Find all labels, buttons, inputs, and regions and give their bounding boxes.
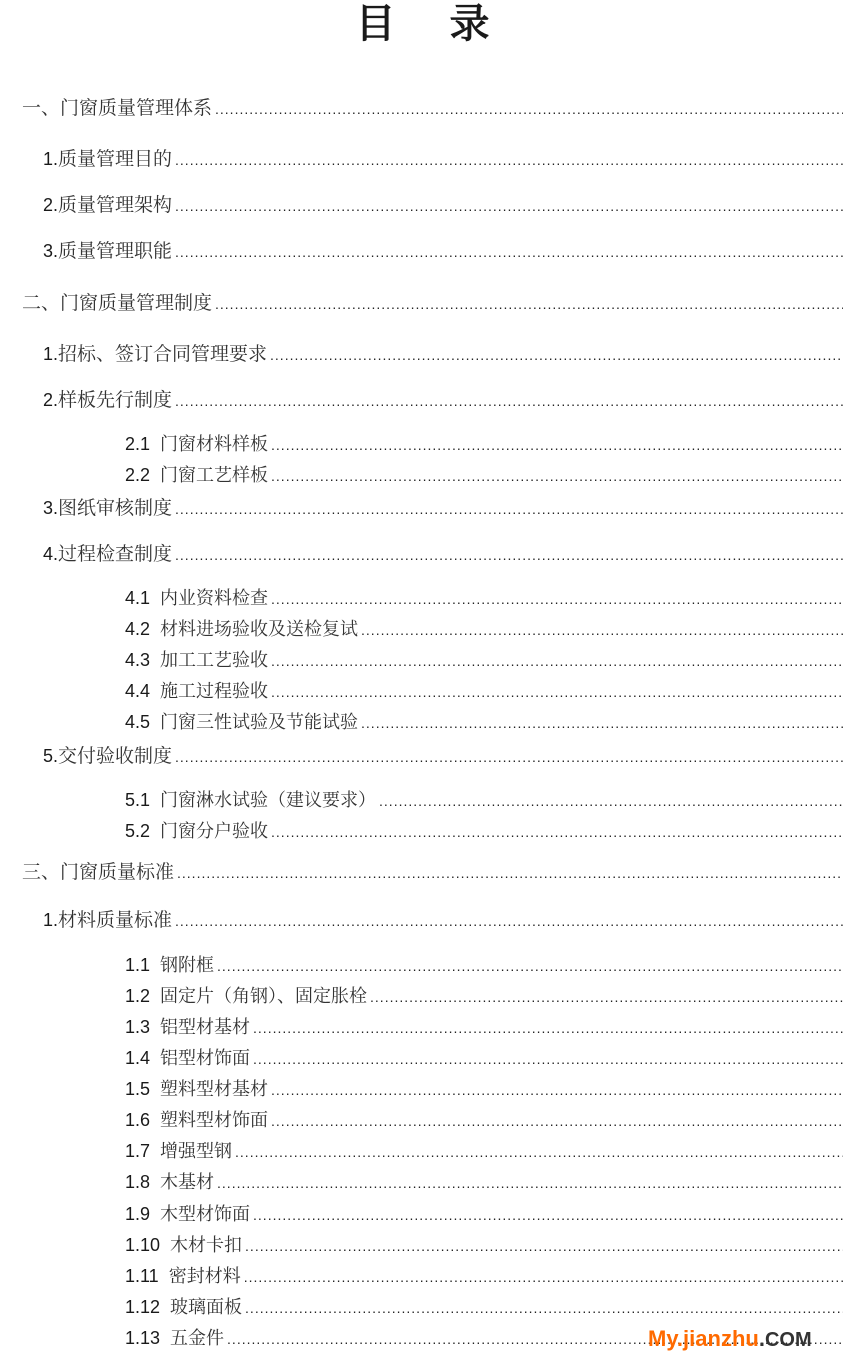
dot-leader (370, 985, 843, 1008)
toc-entry-level-3[interactable]: 1.7增强型钢 (125, 1139, 843, 1163)
toc-entry-label: 铝型材饰面 (160, 1047, 250, 1070)
toc-entry-label: 门窗三性试验及节能试验 (160, 711, 358, 734)
toc-entry-level-1[interactable]: 一、门窗质量管理体系 (22, 96, 843, 120)
dot-leader (361, 618, 843, 641)
dot-leader (270, 343, 843, 366)
toc-entry-number: 4.1 (125, 586, 150, 610)
dot-leader (175, 194, 843, 217)
toc-entry-level-1[interactable]: 三、门窗质量标准 (22, 860, 843, 884)
toc-entry-label: 木型材饰面 (160, 1203, 250, 1226)
toc-entry-label: 二、门窗质量管理制度 (22, 291, 212, 315)
toc-entry-level-3[interactable]: 5.2门窗分户验收 (125, 819, 843, 843)
toc-entry-label: 增强型钢 (160, 1140, 232, 1163)
toc-entry-number: 1.9 (125, 1202, 150, 1226)
toc-entry-level-2[interactable]: 3.图纸审核制度 (43, 496, 843, 520)
toc-entry-level-2[interactable]: 3.质量管理职能 (43, 239, 843, 263)
toc-entry-label: 图纸审核制度 (58, 496, 172, 520)
toc-entry-label: 钢附框 (160, 954, 214, 977)
dot-leader (175, 497, 843, 520)
toc-entry-level-3[interactable]: 1.10木材卡扣 (125, 1233, 843, 1257)
toc-entry-level-3[interactable]: 4.5门窗三性试验及节能试验 (125, 710, 843, 734)
toc-entry-level-2[interactable]: 4.过程检查制度 (43, 542, 843, 566)
dot-leader (271, 464, 843, 487)
toc-entry-level-3[interactable]: 1.1钢附框 (125, 953, 843, 977)
toc-title: 目 录 (0, 0, 843, 48)
toc-entry-level-2[interactable]: 2.质量管理架构 (43, 193, 843, 217)
toc-entry-number: 2. (43, 193, 58, 217)
toc-entry-level-2[interactable]: 1.招标、签订合同管理要求 (43, 342, 843, 366)
toc-entry-level-3[interactable]: 4.3加工工艺验收 (125, 648, 843, 672)
toc-entry-level-3[interactable]: 1.6塑料型材饰面 (125, 1108, 843, 1132)
dot-leader (244, 1265, 843, 1288)
toc-entry-label: 木材卡扣 (170, 1234, 242, 1257)
toc-entry-level-3[interactable]: 2.2门窗工艺样板 (125, 463, 843, 487)
toc-entry-label: 材料进场验收及送检复试 (160, 618, 358, 641)
dot-leader (271, 1078, 843, 1101)
dot-leader (253, 1047, 843, 1070)
toc-entry-label: 招标、签订合同管理要求 (58, 342, 267, 366)
toc-entry-label: 塑料型材基材 (160, 1078, 268, 1101)
toc-entry-level-2[interactable]: 1.质量管理目的 (43, 147, 843, 171)
dot-leader (175, 240, 843, 263)
dot-leader (271, 587, 843, 610)
toc-entry-level-2[interactable]: 5.交付验收制度 (43, 744, 843, 768)
toc-entry-label: 木基材 (160, 1171, 214, 1194)
toc-entry-level-3[interactable]: 1.5塑料型材基材 (125, 1077, 843, 1101)
toc-entry-label: 质量管理职能 (58, 239, 172, 263)
toc-entry-label: 质量管理架构 (58, 193, 172, 217)
dot-leader (175, 389, 843, 412)
toc-entry-number: 1.13 (125, 1326, 160, 1350)
toc-entry-label: 三、门窗质量标准 (22, 860, 174, 884)
dot-leader (271, 1109, 843, 1132)
toc-entry-number: 1. (43, 908, 58, 932)
toc-entry-level-3[interactable]: 1.9木型材饰面 (125, 1202, 843, 1226)
toc-entry-label: 门窗工艺样板 (160, 464, 268, 487)
toc-entry-number: 4.4 (125, 679, 150, 703)
toc-entry-number: 1.7 (125, 1139, 150, 1163)
dot-leader (175, 745, 843, 768)
dot-leader (245, 1234, 843, 1257)
toc-entry-label: 内业资料检查 (160, 587, 268, 610)
watermark-suffix: COM (765, 1329, 812, 1351)
toc-entry-label: 一、门窗质量管理体系 (22, 96, 212, 120)
dot-leader (379, 789, 843, 812)
toc-entry-label: 门窗分户验收 (160, 820, 268, 843)
toc-entry-number: 1.11 (125, 1264, 159, 1288)
toc-entry-label: 固定片（角钢）、固定胀栓 (160, 985, 367, 1008)
watermark-brand: My.jianzhu (648, 1326, 759, 1351)
watermark-logo: My.jianzhu.COM (648, 1325, 812, 1354)
toc-entry-number: 1.12 (125, 1295, 160, 1319)
dot-leader (175, 909, 843, 932)
toc-entry-level-3[interactable]: 4.4施工过程验收 (125, 679, 843, 703)
toc-entry-number: 5.2 (125, 819, 150, 843)
toc-entry-number: 4.3 (125, 648, 150, 672)
toc-entry-level-3[interactable]: 1.8木基材 (125, 1170, 843, 1194)
toc-entry-level-3[interactable]: 1.4铝型材饰面 (125, 1046, 843, 1070)
toc-entry-number: 1.5 (125, 1077, 150, 1101)
toc-entry-label: 玻璃面板 (170, 1296, 242, 1319)
toc-entry-number: 5.1 (125, 788, 150, 812)
toc-entry-level-3[interactable]: 1.3铝型材基材 (125, 1015, 843, 1039)
toc-entry-level-3[interactable]: 5.1门窗淋水试验（建议要求） (125, 788, 843, 812)
toc-entry-level-2[interactable]: 1.材料质量标准 (43, 908, 843, 932)
toc-entry-label: 密封材料 (169, 1265, 241, 1288)
toc-entry-number: 2. (43, 388, 58, 412)
dot-leader (177, 861, 843, 884)
dot-leader (253, 1203, 843, 1226)
dot-leader (235, 1140, 843, 1163)
dot-leader (271, 820, 843, 843)
toc-entry-label: 交付验收制度 (58, 744, 172, 768)
toc-entry-label: 样板先行制度 (58, 388, 172, 412)
dot-leader (215, 292, 843, 315)
toc-entry-level-3[interactable]: 4.2材料进场验收及送检复试 (125, 617, 843, 641)
toc-entry-label: 门窗材料样板 (160, 433, 268, 456)
toc-entry-number: 1.10 (125, 1233, 160, 1257)
toc-entry-level-3[interactable]: 1.12玻璃面板 (125, 1295, 843, 1319)
dot-leader (271, 433, 843, 456)
dot-leader (253, 1016, 843, 1039)
toc-entry-number: 4.5 (125, 710, 150, 734)
toc-entry-number: 1.1 (125, 953, 150, 977)
toc-entry-label: 质量管理目的 (58, 147, 172, 171)
toc-entry-number: 1. (43, 342, 58, 366)
toc-entry-number: 1.4 (125, 1046, 150, 1070)
dot-leader (245, 1296, 843, 1319)
toc-entry-number: 1.6 (125, 1108, 150, 1132)
dot-leader (217, 1171, 843, 1194)
toc-entry-number: 3. (43, 239, 58, 263)
dot-leader (215, 97, 843, 120)
dot-leader (175, 543, 843, 566)
toc-entry-level-3[interactable]: 2.1门窗材料样板 (125, 432, 843, 456)
toc-entry-level-3[interactable]: 1.2固定片（角钢）、固定胀栓 (125, 984, 843, 1008)
toc-entry-number: 1.8 (125, 1170, 150, 1194)
toc-entry-label: 加工工艺验收 (160, 649, 268, 672)
toc-entry-label: 塑料型材饰面 (160, 1109, 268, 1132)
toc-entry-label: 施工过程验收 (160, 680, 268, 703)
toc-entry-number: 2.2 (125, 463, 150, 487)
toc-entry-label: 材料质量标准 (58, 908, 172, 932)
dot-leader (175, 148, 843, 171)
toc-entry-label: 门窗淋水试验（建议要求） (160, 789, 376, 812)
toc-entry-number: 2.1 (125, 432, 150, 456)
dot-leader (271, 649, 843, 672)
toc-entry-label: 过程检查制度 (58, 542, 172, 566)
toc-entry-level-1[interactable]: 二、门窗质量管理制度 (22, 291, 843, 315)
toc-entry-number: 1.3 (125, 1015, 150, 1039)
toc-entry-number: 1.2 (125, 984, 150, 1008)
toc-entry-number: 3. (43, 496, 58, 520)
toc-entry-level-3[interactable]: 1.11密封材料 (125, 1264, 843, 1288)
toc-entry-number: 1. (43, 147, 58, 171)
dot-leader (361, 711, 843, 734)
toc-entry-level-2[interactable]: 2.样板先行制度 (43, 388, 843, 412)
dot-leader (217, 954, 843, 977)
toc-entry-number: 5. (43, 744, 58, 768)
toc-entry-number: 4. (43, 542, 58, 566)
toc-entry-label: 铝型材基材 (160, 1016, 250, 1039)
toc-entry-label: 五金件 (170, 1327, 224, 1350)
toc-entry-level-3[interactable]: 4.1内业资料检查 (125, 586, 843, 610)
toc-entry-number: 4.2 (125, 617, 150, 641)
dot-leader (271, 680, 843, 703)
